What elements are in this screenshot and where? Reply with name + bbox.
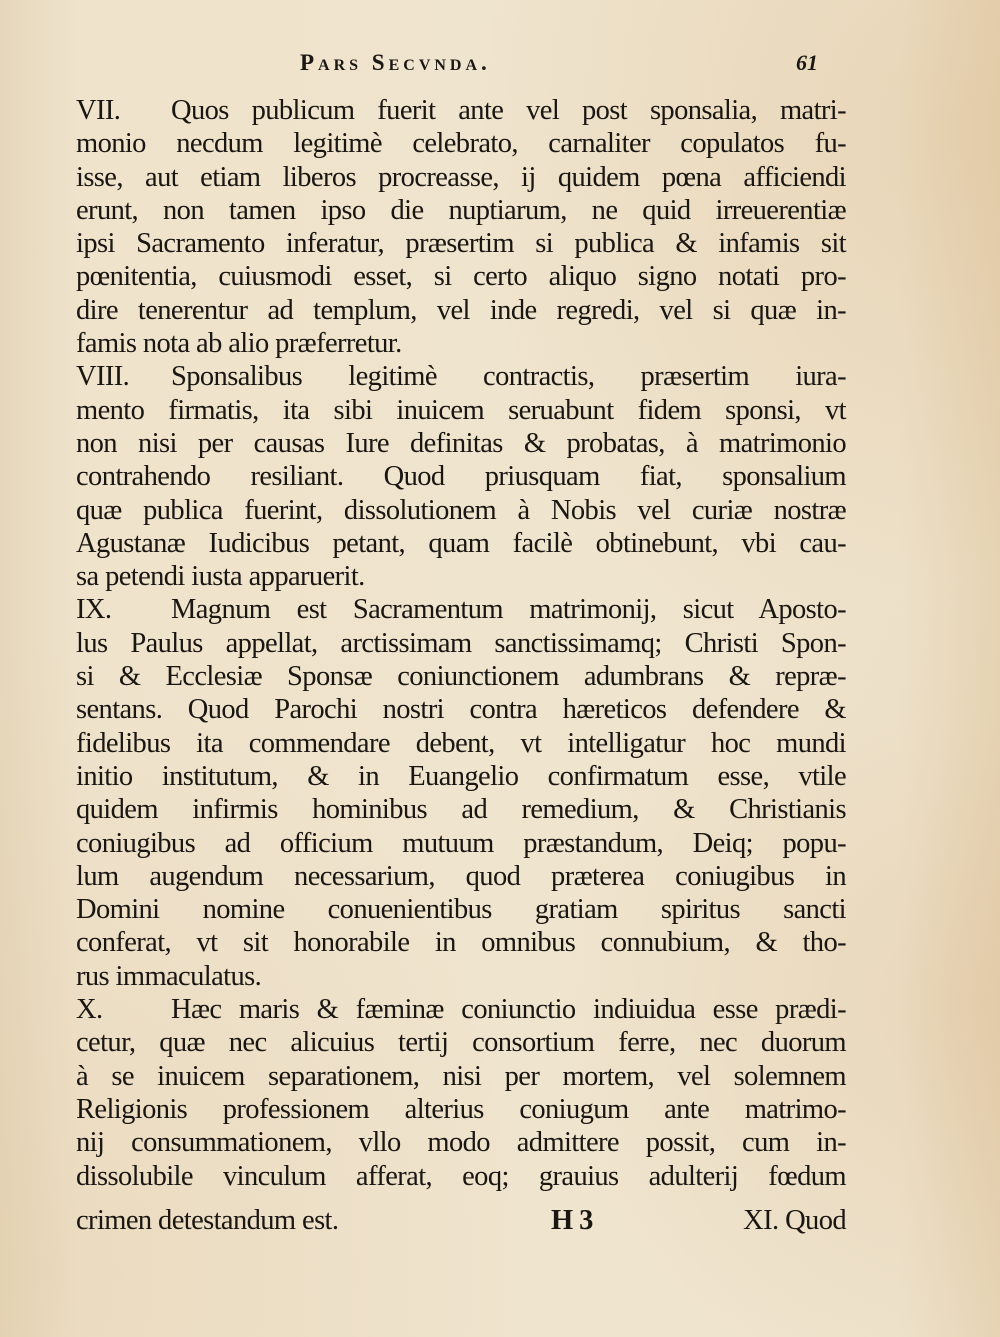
text-line: Religionis professionem alterius coniugu… [76,1093,846,1126]
text-line: famis nota ab alio præferretur. [76,327,846,360]
text-line: non nisi per causas Iure definitas & pro… [76,427,846,460]
text-line: rus immaculatus. [76,960,846,993]
section-number: VIII. [76,360,171,393]
text-line: pœnitentia, cuiusmodi esset, si certo al… [76,260,846,293]
text-line: quæ publica fuerint, dissolutionem à Nob… [76,494,846,527]
text-line: nij consummationem, vllo modo admittere … [76,1126,846,1159]
signature-mark: H 3 [551,1204,593,1237]
catchword: XI. Quod [743,1204,846,1237]
text-line: IX.Magnum est Sacramentum matrimonij, si… [76,593,846,626]
text-line: lum augendum necessarium, quod præterea … [76,860,846,893]
text-line: Agustanæ Iudicibus petant, quam facilè o… [76,527,846,560]
text-line: mento firmatis, ita sibi inuicem seruabu… [76,394,846,427]
page-footer: crimen detestandum est. H 3 XI. Quod [76,1204,846,1237]
page-number: 61 [796,50,818,76]
text-line: X.Hæc maris & fæminæ coniunctio indiuidu… [76,993,846,1026]
final-text-line: crimen detestandum est. [76,1204,338,1237]
document-page: Pars Secvnda. 61 VII.Quos publicum fueri… [0,0,1000,1337]
text-line: lus Paulus appellat, arctissimam sanctis… [76,627,846,660]
text-line: Domini nomine conuenientibus gratiam spi… [76,893,846,926]
text-line: initio institutum, & in Euangelio confir… [76,760,846,793]
text-line: dire tenerentur ad templum, vel inde reg… [76,294,846,327]
text-line: fidelibus ita commendare debent, vt inte… [76,727,846,760]
body-text: VII.Quos publicum fuerit ante vel post s… [76,94,846,1193]
running-head: Pars Secvnda. [300,50,491,76]
text-line: isse, aut etiam liberos procreasse, ij q… [76,161,846,194]
text-line: coniugibus ad officium mutuum præstandum… [76,827,846,860]
text-line: sa petendi iusta apparuerit. [76,560,846,593]
text-line: conferat, vt sit honorabile in omnibus c… [76,926,846,959]
section-number: VII. [76,94,171,127]
text-line: à se inuicem separationem, nisi per mort… [76,1060,846,1093]
text-line: VIII.Sponsalibus legitimè contractis, pr… [76,360,846,393]
text-line: ipsi Sacramento inferatur, præsertim si … [76,227,846,260]
text-line: cetur, quæ nec alicuius tertij consortiu… [76,1026,846,1059]
text-line: si & Ecclesiæ Sponsæ coniunctionem adumb… [76,660,846,693]
section-number: IX. [76,593,171,626]
text-line: erunt, non tamen ipso die nuptiarum, ne … [76,194,846,227]
text-line: VII.Quos publicum fuerit ante vel post s… [76,94,846,127]
section-number: X. [76,993,171,1026]
text-line: monio necdum legitimè celebrato, carnali… [76,127,846,160]
text-line: quidem infirmis hominibus ad remedium, &… [76,793,846,826]
text-line: contrahendo resiliant. Quod priusquam fi… [76,460,846,493]
text-line: dissolubile vinculum afferat, eoq; graui… [76,1160,846,1193]
text-line: sentans. Quod Parochi nostri contra hære… [76,693,846,726]
